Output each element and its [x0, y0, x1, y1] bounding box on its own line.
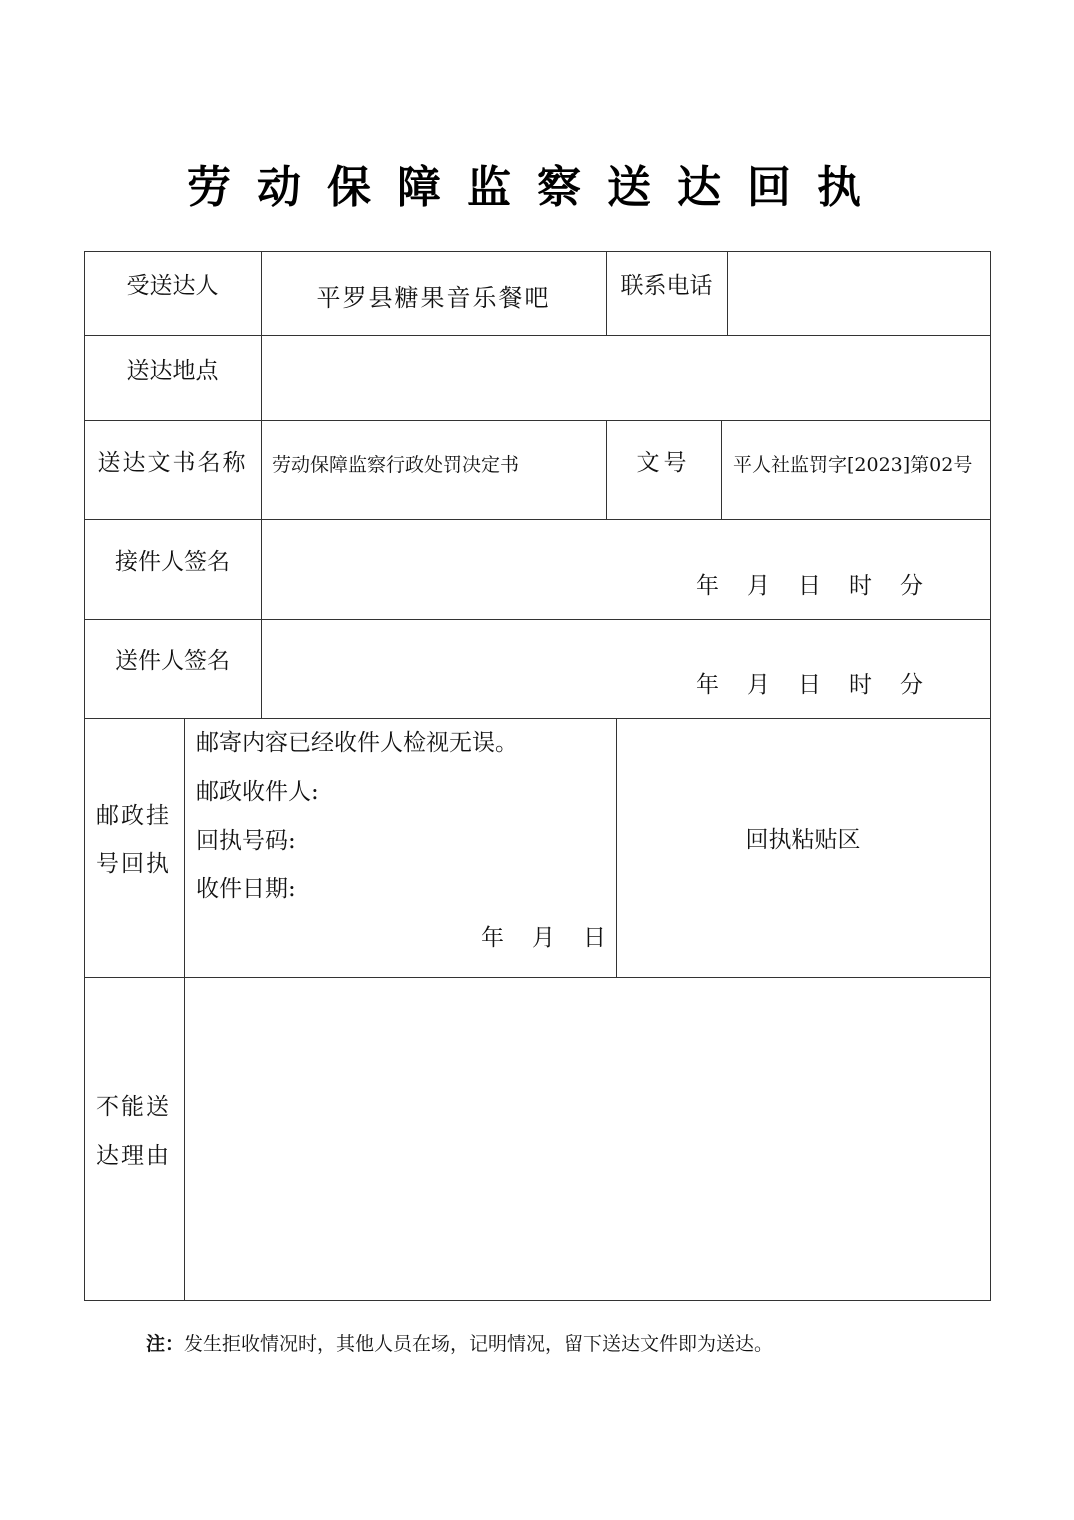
- footnote-prefix: 注：: [146, 1333, 184, 1355]
- doc-name-label: 送达文书名称: [84, 448, 261, 478]
- postal-label-line1: 邮政挂: [96, 801, 171, 831]
- doc-number-value[interactable]: 平人社监罚字[2023]第02号: [733, 450, 972, 480]
- undeliverable-reason-field[interactable]: [185, 978, 990, 1300]
- address-value[interactable]: [262, 336, 990, 420]
- table-border: [84, 718, 991, 719]
- postal-date: 年月日: [481, 923, 634, 953]
- date-month: 月: [747, 670, 798, 700]
- recipient-value[interactable]: 平罗县糖果音乐餐吧: [261, 283, 606, 313]
- date-year: 年: [481, 923, 532, 953]
- phone-label: 联系电话: [606, 271, 727, 301]
- phone-value[interactable]: [727, 252, 990, 335]
- table-border: [721, 420, 722, 519]
- receiver-sign-date: 年月日时分: [696, 571, 951, 601]
- date-month: 月: [747, 571, 798, 601]
- undeliverable-label-line1: 不能送: [96, 1092, 171, 1122]
- address-label: 送达地点: [84, 356, 261, 386]
- sender-sign-label: 送件人签名: [84, 646, 261, 676]
- date-day: 日: [798, 571, 849, 601]
- table-border: [84, 1300, 991, 1301]
- doc-number-label: 文号: [606, 448, 721, 478]
- postal-line-check: 邮寄内容已经收件人检视无误。: [196, 728, 518, 758]
- date-year: 年: [696, 571, 747, 601]
- undeliverable-label-line2: 达理由: [96, 1141, 171, 1171]
- date-minute: 分: [900, 571, 951, 601]
- recipient-label: 受送达人: [84, 271, 261, 301]
- doc-name-value[interactable]: 劳动保障监察行政处罚决定书: [272, 450, 519, 480]
- date-day: 日: [798, 670, 849, 700]
- sender-sign-field[interactable]: [262, 620, 990, 718]
- sender-sign-date: 年月日时分: [696, 670, 951, 700]
- receipt-paste-area: 回执粘贴区: [616, 825, 990, 855]
- date-hour: 时: [849, 571, 900, 601]
- receiver-sign-label: 接件人签名: [84, 547, 261, 577]
- postal-line-receipt-number: 回执号码:: [196, 826, 296, 856]
- table-border: [84, 420, 991, 421]
- footnote-text: 发生拒收情况时，其他人员在场，记明情况，留下送达文件即为送达。: [184, 1333, 773, 1355]
- postal-line-recipient: 邮政收件人:: [196, 777, 319, 807]
- date-hour: 时: [849, 670, 900, 700]
- postal-line-receive-date: 收件日期:: [196, 874, 296, 904]
- postal-label-line2: 号回执: [96, 849, 171, 879]
- page-title: 劳动保障监察送达回执: [0, 158, 1074, 218]
- receiver-sign-field[interactable]: [262, 520, 990, 619]
- footnote: 注：发生拒收情况时，其他人员在场，记明情况，留下送达文件即为送达。: [146, 1330, 773, 1358]
- date-month: 月: [532, 923, 583, 953]
- table-border: [990, 251, 991, 1301]
- date-day: 日: [583, 923, 634, 953]
- date-minute: 分: [900, 670, 951, 700]
- date-year: 年: [696, 670, 747, 700]
- table-border: [84, 251, 85, 1301]
